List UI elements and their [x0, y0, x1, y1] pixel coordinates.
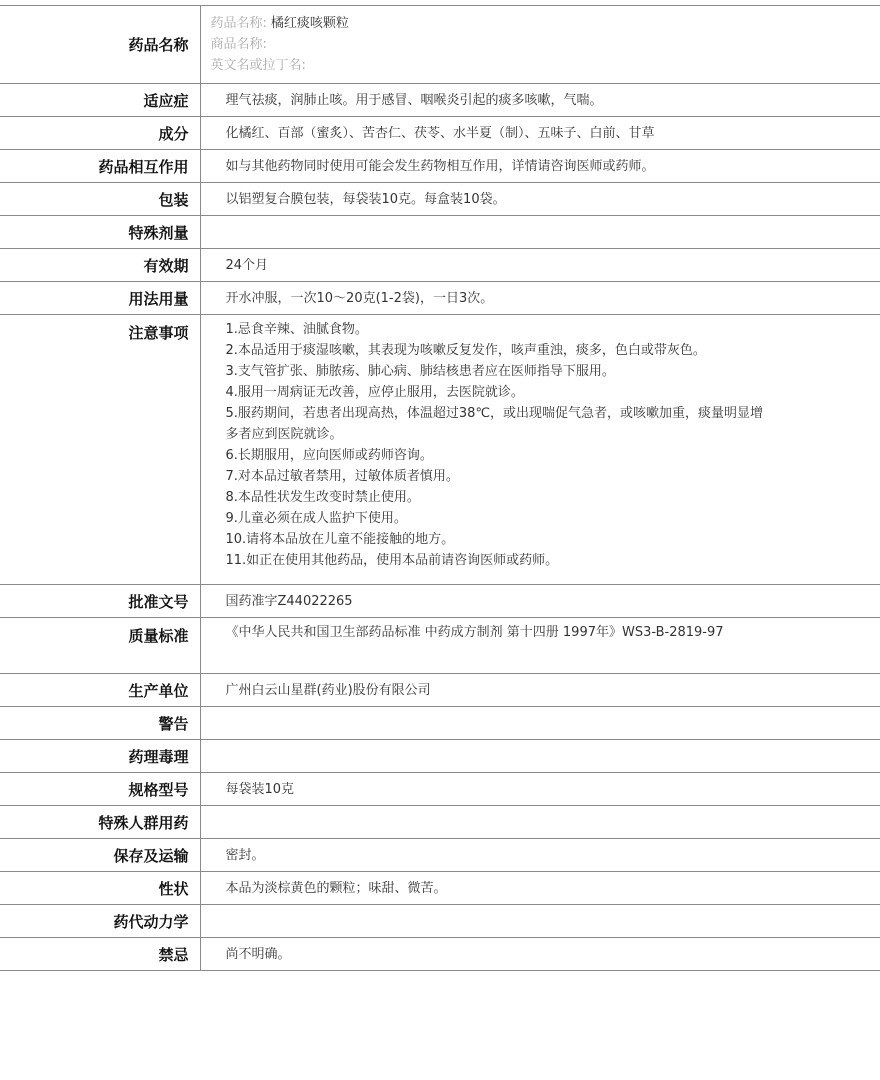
- row-value: 广州白云山星群(药业)股份有限公司: [200, 674, 880, 707]
- trade-name-line: 商品名称:: [211, 34, 880, 55]
- precaution-item: 8.本品性状发生改变时禁止使用。: [226, 487, 766, 508]
- quality-standard-text: 《中华人民共和国卫生部药品标准 中药成方制剂 第十四册 1997年》WS3-B-…: [226, 622, 766, 643]
- row-label: 批准文号: [0, 585, 200, 618]
- row-value: [200, 905, 880, 938]
- row-label: 用法用量: [0, 282, 200, 315]
- precaution-item: 2.本品适用于痰湿咳嗽，其表现为咳嗽反复发作，咳声重浊，痰多，色白或带灰色。: [226, 340, 766, 361]
- row-value: 以铝塑复合膜包装，每袋装10克。每盒装10袋。: [200, 183, 880, 216]
- row-label: 有效期: [0, 249, 200, 282]
- row-value: 每袋装10克: [200, 773, 880, 806]
- row-value: 药品名称:橘红痰咳颗粒 商品名称: 英文名或拉丁名:: [200, 6, 880, 84]
- row-value: [200, 740, 880, 773]
- row-value: [200, 806, 880, 839]
- row-shelf-life: 有效期 24个月: [0, 249, 880, 282]
- precaution-item: 9.儿童必须在成人监护下使用。: [226, 508, 766, 529]
- drug-info-table: 药品名称 药品名称:橘红痰咳颗粒 商品名称: 英文名或拉丁名: 适应症 理气祛痰…: [0, 5, 880, 971]
- precaution-item: 10.请将本品放在儿童不能接触的地方。: [226, 529, 766, 550]
- row-quality-standard: 质量标准 《中华人民共和国卫生部药品标准 中药成方制剂 第十四册 1997年》W…: [0, 618, 880, 674]
- drug-name-value: 橘红痰咳颗粒: [271, 16, 349, 31]
- precaution-item: 1.忌食辛辣、油腻食物。: [226, 319, 766, 340]
- trade-name-label: 商品名称:: [211, 37, 267, 52]
- row-label: 适应症: [0, 84, 200, 117]
- row-label: 质量标准: [0, 618, 200, 674]
- row-label: 性状: [0, 872, 200, 905]
- row-ingredients: 成分 化橘红、百部（蜜炙）、苦杏仁、茯苓、水半夏（制）、五味子、白前、甘草: [0, 117, 880, 150]
- precaution-item: 7.对本品过敏者禁用，过敏体质者慎用。: [226, 466, 766, 487]
- row-value: 理气祛痰，润肺止咳。用于感冒、咽喉炎引起的痰多咳嗽，气喘。: [200, 84, 880, 117]
- row-value: 尚不明确。: [200, 938, 880, 971]
- row-contraindications: 禁忌 尚不明确。: [0, 938, 880, 971]
- row-label: 药品名称: [0, 6, 200, 84]
- row-value: 《中华人民共和国卫生部药品标准 中药成方制剂 第十四册 1997年》WS3-B-…: [200, 618, 880, 674]
- row-label: 保存及运输: [0, 839, 200, 872]
- precaution-item: 4.服用一周病证无改善，应停止服用，去医院就诊。: [226, 382, 766, 403]
- row-label: 成分: [0, 117, 200, 150]
- row-value: 开水冲服，一次10～20克(1-2袋)，一日3次。: [200, 282, 880, 315]
- english-name-line: 英文名或拉丁名:: [211, 55, 880, 76]
- row-label: 药理毒理: [0, 740, 200, 773]
- precautions-list: 1.忌食辛辣、油腻食物。 2.本品适用于痰湿咳嗽，其表现为咳嗽反复发作，咳声重浊…: [226, 319, 766, 571]
- row-label: 特殊剂量: [0, 216, 200, 249]
- row-drug-name: 药品名称 药品名称:橘红痰咳颗粒 商品名称: 英文名或拉丁名:: [0, 6, 880, 84]
- row-pharmacokinetics: 药代动力学: [0, 905, 880, 938]
- row-special-populations: 特殊人群用药: [0, 806, 880, 839]
- row-value: 24个月: [200, 249, 880, 282]
- row-specification: 规格型号 每袋装10克: [0, 773, 880, 806]
- row-value: 本品为淡棕黄色的颗粒；味甜、微苦。: [200, 872, 880, 905]
- drug-info-sheet: 药品名称 药品名称:橘红痰咳颗粒 商品名称: 英文名或拉丁名: 适应症 理气祛痰…: [0, 5, 880, 971]
- row-storage: 保存及运输 密封。: [0, 839, 880, 872]
- row-label: 注意事项: [0, 315, 200, 585]
- row-interactions: 药品相互作用 如与其他药物同时使用可能会发生药物相互作用，详情请咨询医师或药师。: [0, 150, 880, 183]
- row-manufacturer: 生产单位 广州白云山星群(药业)股份有限公司: [0, 674, 880, 707]
- row-label: 包装: [0, 183, 200, 216]
- row-warning: 警告: [0, 707, 880, 740]
- row-precautions: 注意事项 1.忌食辛辣、油腻食物。 2.本品适用于痰湿咳嗽，其表现为咳嗽反复发作…: [0, 315, 880, 585]
- row-label: 规格型号: [0, 773, 200, 806]
- row-label: 禁忌: [0, 938, 200, 971]
- row-dosage: 用法用量 开水冲服，一次10～20克(1-2袋)，一日3次。: [0, 282, 880, 315]
- row-label: 药品相互作用: [0, 150, 200, 183]
- drug-name-label: 药品名称:: [211, 16, 267, 31]
- row-value: 密封。: [200, 839, 880, 872]
- row-label: 警告: [0, 707, 200, 740]
- row-value: 1.忌食辛辣、油腻食物。 2.本品适用于痰湿咳嗽，其表现为咳嗽反复发作，咳声重浊…: [200, 315, 880, 585]
- row-value: [200, 216, 880, 249]
- precaution-item: 5.服药期间，若患者出现高热，体温超过38℃，或出现喘促气急者，或咳嗽加重，痰量…: [226, 403, 766, 445]
- row-special-dosage: 特殊剂量: [0, 216, 880, 249]
- row-indications: 适应症 理气祛痰，润肺止咳。用于感冒、咽喉炎引起的痰多咳嗽，气喘。: [0, 84, 880, 117]
- row-value: [200, 707, 880, 740]
- row-value: 化橘红、百部（蜜炙）、苦杏仁、茯苓、水半夏（制）、五味子、白前、甘草: [200, 117, 880, 150]
- row-approval-number: 批准文号 国药准字Z44022265: [0, 585, 880, 618]
- row-label: 生产单位: [0, 674, 200, 707]
- row-pharmacology: 药理毒理: [0, 740, 880, 773]
- row-label: 特殊人群用药: [0, 806, 200, 839]
- precaution-item: 11.如正在使用其他药品，使用本品前请咨询医师或药师。: [226, 550, 766, 571]
- row-label: 药代动力学: [0, 905, 200, 938]
- precaution-item: 3.支气管扩张、肺脓疡、肺心病、肺结核患者应在医师指导下服用。: [226, 361, 766, 382]
- precaution-item: 6.长期服用，应向医师或药师咨询。: [226, 445, 766, 466]
- drug-name-line: 药品名称:橘红痰咳颗粒: [211, 13, 880, 34]
- row-packaging: 包装 以铝塑复合膜包装，每袋装10克。每盒装10袋。: [0, 183, 880, 216]
- row-description: 性状 本品为淡棕黄色的颗粒；味甜、微苦。: [0, 872, 880, 905]
- row-value: 如与其他药物同时使用可能会发生药物相互作用，详情请咨询医师或药师。: [200, 150, 880, 183]
- row-value: 国药准字Z44022265: [200, 585, 880, 618]
- english-name-label: 英文名或拉丁名:: [211, 58, 306, 73]
